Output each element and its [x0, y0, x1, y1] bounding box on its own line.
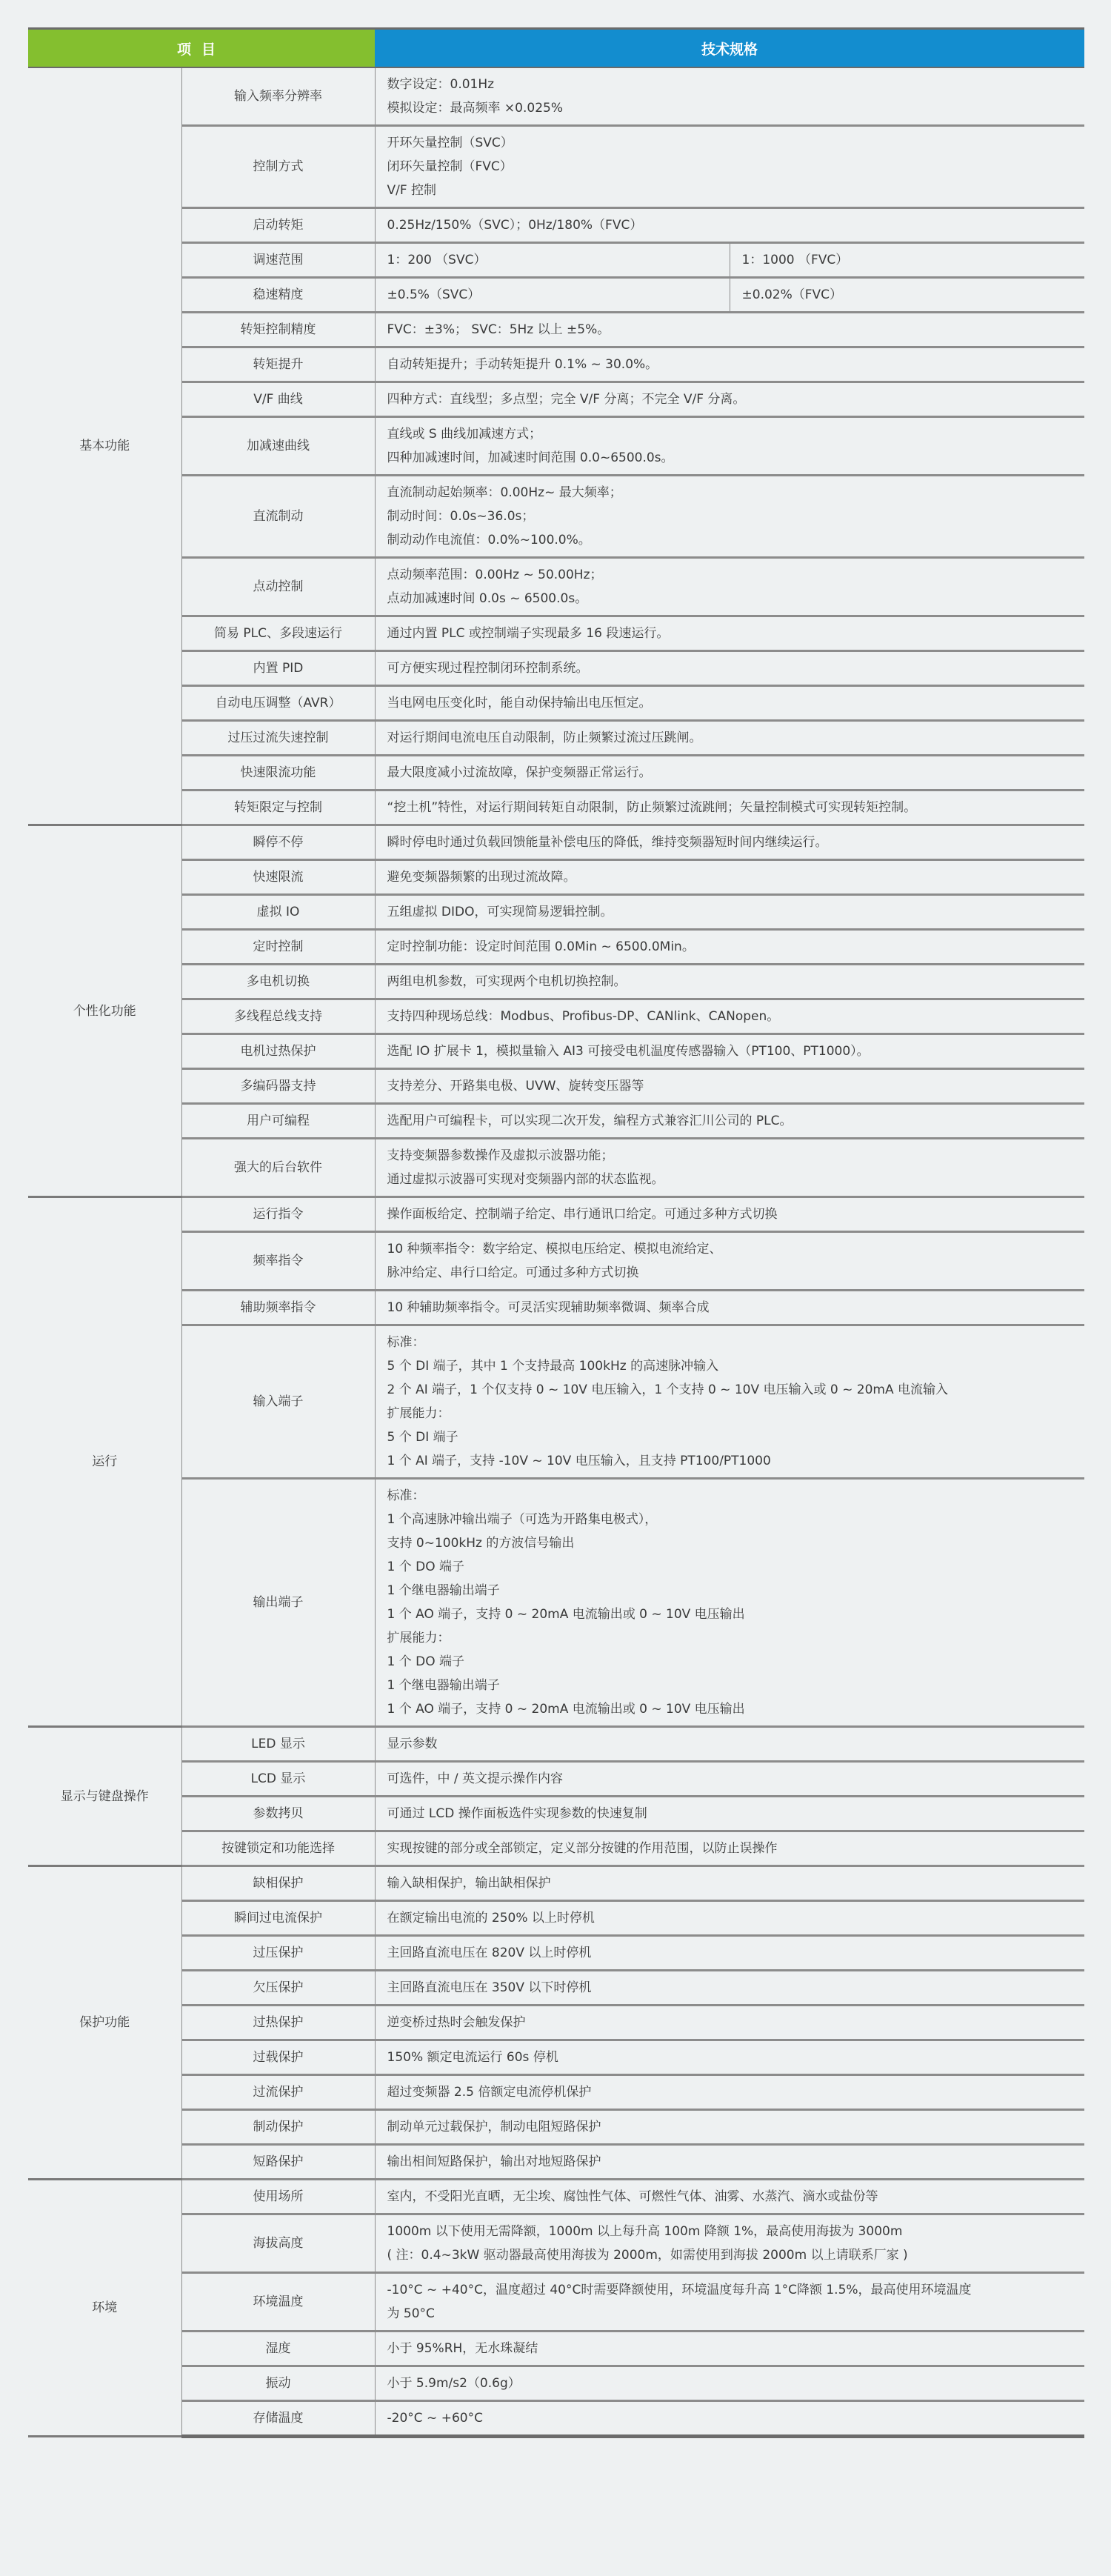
- spec-value: 超过变频器 2.5 倍额定电流停机保护: [375, 2075, 1084, 2110]
- spec-value: 最大限度减小过流故障，保护变频器正常运行。: [375, 756, 1084, 791]
- spec-line: 数字设定：0.01Hz: [387, 73, 1073, 96]
- spec-value: 通过内置 PLC 或控制端子实现最多 16 段速运行。: [375, 616, 1084, 651]
- spec-line: -10°C ~ +40°C，温度超过 40°C时需要降额使用，环境温度每升高 1…: [387, 2278, 1073, 2302]
- spec-value: 选配用户可编程卡，可以实现二次开发，编程方式兼容汇川公司的 PLC。: [375, 1104, 1084, 1139]
- spec-line: 实现按键的部分或全部锁定，定义部分按键的作用范围，以防止误操作: [387, 1837, 1073, 1860]
- spec-line: 自动转矩提升；手动转矩提升 0.1% ~ 30.0%。: [387, 353, 1073, 376]
- spec-line: 150% 额定电流运行 60s 停机: [387, 2046, 1073, 2069]
- spec-line: FVC：±3%； SVC：5Hz 以上 ±5%。: [387, 318, 1073, 342]
- spec-line: 5 个 DI 端子: [387, 1425, 1073, 1449]
- spec-value: 操作面板给定、控制端子给定、串行通讯口给定。可通过多种方式切换: [375, 1197, 1084, 1232]
- item-label: LED 显示: [181, 1727, 375, 1762]
- table-row: 稳速精度±0.5%（SVC）±0.02%（FVC）: [28, 278, 1084, 313]
- spec-value: 定时控制功能：设定时间范围 0.0Min ~ 6500.0Min。: [375, 930, 1084, 965]
- table-row: 过热保护逆变桥过热时会触发保护: [28, 2006, 1084, 2040]
- spec-value: 小于 95%RH，无水珠凝结: [375, 2332, 1084, 2366]
- spec-line: 操作面板给定、控制端子给定、串行通讯口给定。可通过多种方式切换: [387, 1202, 1073, 1226]
- spec-line: 10 种频率指令：数字给定、模拟电压给定、模拟电流给定、: [387, 1237, 1073, 1261]
- table-row: 多电机切换两组电机参数，可实现两个电机切换控制。: [28, 965, 1084, 999]
- category-basic-functions: 基本功能: [28, 67, 181, 825]
- spec-value: 主回路直流电压在 350V 以下时停机: [375, 1971, 1084, 2006]
- spec-line: 四种加减速时间，加减速时间范围 0.0~6500.0s。: [387, 446, 1073, 470]
- spec-value: 150% 额定电流运行 60s 停机: [375, 2040, 1084, 2075]
- item-label: 直流制动: [181, 476, 375, 558]
- spec-value: 直流制动起始频率：0.00Hz~ 最大频率；制动时间：0.0s~36.0s；制动…: [375, 476, 1084, 558]
- item-label: 转矩限定与控制: [181, 791, 375, 825]
- table-row: 保护功能缺相保护输入缺相保护，输出缺相保护: [28, 1866, 1084, 1901]
- table-row: 控制方式开环矢量控制（SVC）闭环矢量控制（FVC）V/F 控制: [28, 126, 1084, 208]
- spec-value: 自动转矩提升；手动转矩提升 0.1% ~ 30.0%。: [375, 347, 1084, 382]
- spec-line: 直流制动起始频率：0.00Hz~ 最大频率；: [387, 481, 1073, 505]
- spec-line: 直线或 S 曲线加减速方式；: [387, 422, 1073, 446]
- spec-value: -20°C ~ +60°C: [375, 2401, 1084, 2437]
- spec-value: 输入缺相保护，输出缺相保护: [375, 1866, 1084, 1901]
- table-row: 运行运行指令操作面板给定、控制端子给定、串行通讯口给定。可通过多种方式切换: [28, 1197, 1084, 1232]
- spec-line: 室内，不受阳光直晒，无尘埃、腐蚀性气体、可燃性气体、油雾、水蒸汽、滴水或盐份等: [387, 2185, 1073, 2209]
- item-label: 多编码器支持: [181, 1069, 375, 1104]
- table-row: V/F 曲线四种方式：直线型；多点型；完全 V/F 分离；不完全 V/F 分离。: [28, 382, 1084, 417]
- spec-value: 制动单元过载保护，制动电阻短路保护: [375, 2110, 1084, 2145]
- category-protection: 保护功能: [28, 1866, 181, 2180]
- spec-line: 四种方式：直线型；多点型；完全 V/F 分离；不完全 V/F 分离。: [387, 387, 1073, 411]
- spec-line: 1 个 AI 端子，支持 -10V ~ 10V 电压输入，且支持 PT100/P…: [387, 1449, 1073, 1473]
- spec-value: 可通过 LCD 操作面板选件实现参数的快速复制: [375, 1797, 1084, 1831]
- item-label: 过压保护: [181, 1936, 375, 1971]
- table-row: 虚拟 IO五组虚拟 DIDO，可实现简易逻辑控制。: [28, 895, 1084, 930]
- spec-value: 逆变桥过热时会触发保护: [375, 2006, 1084, 2040]
- spec-line: 支持变频器参数操作及虚拟示波器功能；: [387, 1144, 1073, 1168]
- table-header-row: 项目 技术规格: [28, 29, 1084, 68]
- table-row: 基本功能输入频率分辨率数字设定：0.01Hz模拟设定：最高频率 ×0.025%: [28, 67, 1084, 126]
- table-row: 欠压保护主回路直流电压在 350V 以下时停机: [28, 1971, 1084, 2006]
- table-row: 强大的后台软件支持变频器参数操作及虚拟示波器功能；通过虚拟示波器可实现对变频器内…: [28, 1139, 1084, 1197]
- item-label: 制动保护: [181, 2110, 375, 2145]
- table-row: 转矩控制精度FVC：±3%； SVC：5Hz 以上 ±5%。: [28, 313, 1084, 347]
- spec-line: 制动单元过载保护，制动电阻短路保护: [387, 2115, 1073, 2139]
- spec-value: 实现按键的部分或全部锁定，定义部分按键的作用范围，以防止误操作: [375, 1831, 1084, 1866]
- item-label: 环境温度: [181, 2273, 375, 2332]
- table-row: LCD 显示可选件，中 / 英文提示操作内容: [28, 1762, 1084, 1797]
- spec-line: 0.25Hz/150%（SVC）；0Hz/180%（FVC）: [387, 213, 1073, 237]
- item-label: 海拔高度: [181, 2214, 375, 2273]
- spec-value: 五组虚拟 DIDO，可实现简易逻辑控制。: [375, 895, 1084, 930]
- spec-line: 扩展能力：: [387, 1626, 1073, 1650]
- spec-value-svc: ±0.5%（SVC）: [375, 278, 730, 313]
- table-row: 存储温度-20°C ~ +60°C: [28, 2401, 1084, 2437]
- spec-line: 可方便实现过程控制闭环控制系统。: [387, 656, 1073, 680]
- spec-table-body: 基本功能输入频率分辨率数字设定：0.01Hz模拟设定：最高频率 ×0.025%控…: [28, 67, 1084, 2437]
- spec-line: 2 个 AI 端子，1 个仅支持 0 ~ 10V 电压输入，1 个支持 0 ~ …: [387, 1378, 1073, 1402]
- spec-value: 选配 IO 扩展卡 1，模拟量输入 AI3 可接受电机温度传感器输入（PT100…: [375, 1034, 1084, 1069]
- spec-value: 支持四种现场总线：Modbus、Profibus-DP、CANlink、CANo…: [375, 999, 1084, 1034]
- table-row: 振动小于 5.9m/s2（0.6g）: [28, 2366, 1084, 2401]
- spec-value: 支持差分、开路集电极、UVW、旋转变压器等: [375, 1069, 1084, 1104]
- spec-line: 1 个 AO 端子，支持 0 ~ 20mA 电流输出或 0 ~ 10V 电压输出: [387, 1697, 1073, 1721]
- spec-value: “挖土机”特性，对运行期间转矩自动限制，防止频繁过流跳闸；矢量控制模式可实现转矩…: [375, 791, 1084, 825]
- spec-value: 避免变频器频繁的出现过流故障。: [375, 860, 1084, 895]
- spec-line: 可选件，中 / 英文提示操作内容: [387, 1767, 1073, 1791]
- spec-value-fvc: 1：1000 （FVC）: [730, 243, 1084, 278]
- item-label: 控制方式: [181, 126, 375, 208]
- spec-value: 室内，不受阳光直晒，无尘埃、腐蚀性气体、可燃性气体、油雾、水蒸汽、滴水或盐份等: [375, 2180, 1084, 2214]
- table-row: 直流制动直流制动起始频率：0.00Hz~ 最大频率；制动时间：0.0s~36.0…: [28, 476, 1084, 558]
- item-label: 点动控制: [181, 558, 375, 616]
- header-item: 项目: [28, 29, 375, 68]
- item-label: 输入端子: [181, 1325, 375, 1479]
- spec-line: 可通过 LCD 操作面板选件实现参数的快速复制: [387, 1802, 1073, 1826]
- spec-value: 可选件，中 / 英文提示操作内容: [375, 1762, 1084, 1797]
- spec-value: 数字设定：0.01Hz模拟设定：最高频率 ×0.025%: [375, 67, 1084, 126]
- spec-line: 主回路直流电压在 820V 以上时停机: [387, 1941, 1073, 1965]
- item-label: 参数拷贝: [181, 1797, 375, 1831]
- spec-line: 主回路直流电压在 350V 以下时停机: [387, 1976, 1073, 2000]
- table-row: 多编码器支持支持差分、开路集电极、UVW、旋转变压器等: [28, 1069, 1084, 1104]
- spec-table: 项目 技术规格 基本功能输入频率分辨率数字设定：0.01Hz模拟设定：最高频率 …: [28, 27, 1084, 2438]
- item-label: 欠压保护: [181, 1971, 375, 2006]
- table-row: 过压保护主回路直流电压在 820V 以上时停机: [28, 1936, 1084, 1971]
- spec-line: ( 注：0.4~3kW 驱动器最高使用海拔为 2000m，如需使用到海拔 200…: [387, 2243, 1073, 2267]
- item-label: LCD 显示: [181, 1762, 375, 1797]
- category-operation: 运行: [28, 1197, 181, 1727]
- spec-line: 1 个 AO 端子，支持 0 ~ 20mA 电流输出或 0 ~ 10V 电压输出: [387, 1602, 1073, 1626]
- table-row: 启动转矩0.25Hz/150%（SVC）；0Hz/180%（FVC）: [28, 208, 1084, 243]
- table-row: 点动控制点动频率范围：0.00Hz ~ 50.00Hz；点动加减速时间 0.0s…: [28, 558, 1084, 616]
- spec-value: 输出相间短路保护，输出对地短路保护: [375, 2145, 1084, 2180]
- table-row: 个性化功能瞬停不停瞬时停电时通过负载回馈能量补偿电压的降低，维持变频器短时间内继…: [28, 825, 1084, 860]
- spec-line: 1 个 DO 端子: [387, 1650, 1073, 1674]
- spec-line: 10 种辅助频率指令。可灵活实现辅助频率微调、频率合成: [387, 1296, 1073, 1319]
- item-label: 转矩提升: [181, 347, 375, 382]
- spec-line: 1 个高速脉冲输出端子（可选为开路集电极式），: [387, 1508, 1073, 1531]
- table-row: 环境使用场所室内，不受阳光直晒，无尘埃、腐蚀性气体、可燃性气体、油雾、水蒸汽、滴…: [28, 2180, 1084, 2214]
- spec-line: 最大限度减小过流故障，保护变频器正常运行。: [387, 761, 1073, 785]
- spec-value: 点动频率范围：0.00Hz ~ 50.00Hz；点动加减速时间 0.0s ~ 6…: [375, 558, 1084, 616]
- item-label: 缺相保护: [181, 1866, 375, 1901]
- spec-line: 模拟设定：最高频率 ×0.025%: [387, 96, 1073, 120]
- spec-line: 输出相间短路保护，输出对地短路保护: [387, 2150, 1073, 2174]
- spec-value: 直线或 S 曲线加减速方式；四种加减速时间，加减速时间范围 0.0~6500.0…: [375, 417, 1084, 476]
- spec-line: 制动时间：0.0s~36.0s；: [387, 505, 1073, 528]
- item-label: 存储温度: [181, 2401, 375, 2437]
- spec-line: 点动频率范围：0.00Hz ~ 50.00Hz；: [387, 563, 1073, 587]
- table-row: 输出端子标准：1 个高速脉冲输出端子（可选为开路集电极式），支持 0~100kH…: [28, 1479, 1084, 1727]
- item-label: 定时控制: [181, 930, 375, 965]
- category-environment: 环境: [28, 2180, 181, 2437]
- spec-line: 标准：: [387, 1331, 1073, 1354]
- item-label: 振动: [181, 2366, 375, 2401]
- spec-value: 可方便实现过程控制闭环控制系统。: [375, 651, 1084, 686]
- spec-value: 标准：5 个 DI 端子，其中 1 个支持最高 100kHz 的高速脉冲输入2 …: [375, 1325, 1084, 1479]
- table-row: 湿度小于 95%RH，无水珠凝结: [28, 2332, 1084, 2366]
- header-spec: 技术规格: [375, 29, 1084, 68]
- spec-value: 10 种频率指令：数字给定、模拟电压给定、模拟电流给定、脉冲给定、串行口给定。可…: [375, 1232, 1084, 1291]
- item-label: 频率指令: [181, 1232, 375, 1291]
- spec-line: 对运行期间电流电压自动限制，防止频繁过流过压跳闸。: [387, 726, 1073, 750]
- item-label: 输出端子: [181, 1479, 375, 1727]
- item-label: 调速范围: [181, 243, 375, 278]
- spec-line: 扩展能力：: [387, 1402, 1073, 1425]
- spec-line: 制动动作电流值：0.0%~100.0%。: [387, 528, 1073, 552]
- item-label: 自动电压调整（AVR）: [181, 686, 375, 721]
- spec-value: 两组电机参数，可实现两个电机切换控制。: [375, 965, 1084, 999]
- spec-value: 当电网电压变化时，能自动保持输出电压恒定。: [375, 686, 1084, 721]
- spec-value: 在额定输出电流的 250% 以上时停机: [375, 1901, 1084, 1936]
- spec-value-fvc: ±0.02%（FVC）: [730, 278, 1084, 313]
- table-row: 内置 PID可方便实现过程控制闭环控制系统。: [28, 651, 1084, 686]
- spec-value: 开环矢量控制（SVC）闭环矢量控制（FVC）V/F 控制: [375, 126, 1084, 208]
- spec-line: 脉冲给定、串行口给定。可通过多种方式切换: [387, 1261, 1073, 1285]
- table-row: 按键锁定和功能选择实现按键的部分或全部锁定，定义部分按键的作用范围，以防止误操作: [28, 1831, 1084, 1866]
- table-row: 转矩提升自动转矩提升；手动转矩提升 0.1% ~ 30.0%。: [28, 347, 1084, 382]
- spec-value-svc: 1：200 （SVC）: [375, 243, 730, 278]
- spec-line: 1 个继电器输出端子: [387, 1579, 1073, 1602]
- item-label: 过热保护: [181, 2006, 375, 2040]
- spec-line: 超过变频器 2.5 倍额定电流停机保护: [387, 2080, 1073, 2104]
- spec-line: 支持 0~100kHz 的方波信号输出: [387, 1531, 1073, 1555]
- item-label: 简易 PLC、多段速运行: [181, 616, 375, 651]
- item-label: 使用场所: [181, 2180, 375, 2214]
- spec-value: 小于 5.9m/s2（0.6g）: [375, 2366, 1084, 2401]
- spec-line: 标准：: [387, 1484, 1073, 1508]
- table-row: 调速范围1：200 （SVC）1：1000 （FVC）: [28, 243, 1084, 278]
- table-row: 过载保护150% 额定电流运行 60s 停机: [28, 2040, 1084, 2075]
- category-personalized-functions: 个性化功能: [28, 825, 181, 1197]
- table-row: 快速限流避免变频器频繁的出现过流故障。: [28, 860, 1084, 895]
- spec-line: 显示参数: [387, 1732, 1073, 1756]
- spec-line: 两组电机参数，可实现两个电机切换控制。: [387, 970, 1073, 994]
- item-label: 过流保护: [181, 2075, 375, 2110]
- category-display-keypad: 显示与键盘操作: [28, 1727, 181, 1866]
- spec-line: 为 50°C: [387, 2302, 1073, 2326]
- spec-line: 支持差分、开路集电极、UVW、旋转变压器等: [387, 1074, 1073, 1098]
- spec-line: 支持四种现场总线：Modbus、Profibus-DP、CANlink、CANo…: [387, 1005, 1073, 1028]
- spec-line: “挖土机”特性，对运行期间转矩自动限制，防止频繁过流跳闸；矢量控制模式可实现转矩…: [387, 796, 1073, 819]
- item-label: 电机过热保护: [181, 1034, 375, 1069]
- spec-line: 选配用户可编程卡，可以实现二次开发，编程方式兼容汇川公司的 PLC。: [387, 1109, 1073, 1133]
- item-label: 快速限流功能: [181, 756, 375, 791]
- item-label: 稳速精度: [181, 278, 375, 313]
- spec-value: 支持变频器参数操作及虚拟示波器功能；通过虚拟示波器可实现对变频器内部的状态监视。: [375, 1139, 1084, 1197]
- spec-line: 当电网电压变化时，能自动保持输出电压恒定。: [387, 691, 1073, 715]
- item-label: 湿度: [181, 2332, 375, 2366]
- spec-line: 选配 IO 扩展卡 1，模拟量输入 AI3 可接受电机温度传感器输入（PT100…: [387, 1039, 1073, 1063]
- table-row: 瞬间过电流保护在额定输出电流的 250% 以上时停机: [28, 1901, 1084, 1936]
- spec-line: -20°C ~ +60°C: [387, 2406, 1073, 2430]
- table-row: 短路保护输出相间短路保护，输出对地短路保护: [28, 2145, 1084, 2180]
- item-label: 按键锁定和功能选择: [181, 1831, 375, 1866]
- spec-value: FVC：±3%； SVC：5Hz 以上 ±5%。: [375, 313, 1084, 347]
- item-label: 输入频率分辨率: [181, 67, 375, 126]
- spec-line: 通过内置 PLC 或控制端子实现最多 16 段速运行。: [387, 622, 1073, 645]
- spec-line: 1 个 DO 端子: [387, 1555, 1073, 1579]
- spec-line: 避免变频器频繁的出现过流故障。: [387, 865, 1073, 889]
- spec-line: 小于 5.9m/s2（0.6g）: [387, 2372, 1073, 2395]
- table-row: 自动电压调整（AVR）当电网电压变化时，能自动保持输出电压恒定。: [28, 686, 1084, 721]
- table-row: 用户可编程选配用户可编程卡，可以实现二次开发，编程方式兼容汇川公司的 PLC。: [28, 1104, 1084, 1139]
- table-row: 加减速曲线直线或 S 曲线加减速方式；四种加减速时间，加减速时间范围 0.0~6…: [28, 417, 1084, 476]
- item-label: 过载保护: [181, 2040, 375, 2075]
- table-row: 转矩限定与控制“挖土机”特性，对运行期间转矩自动限制，防止频繁过流跳闸；矢量控制…: [28, 791, 1084, 825]
- item-label: 短路保护: [181, 2145, 375, 2180]
- item-label: 内置 PID: [181, 651, 375, 686]
- table-row: 参数拷贝可通过 LCD 操作面板选件实现参数的快速复制: [28, 1797, 1084, 1831]
- spec-line: 开环矢量控制（SVC）: [387, 131, 1073, 155]
- item-label: 启动转矩: [181, 208, 375, 243]
- spec-line: 1 个继电器输出端子: [387, 1674, 1073, 1697]
- table-row: 环境温度-10°C ~ +40°C，温度超过 40°C时需要降额使用，环境温度每…: [28, 2273, 1084, 2332]
- table-row: 过流保护超过变频器 2.5 倍额定电流停机保护: [28, 2075, 1084, 2110]
- spec-line: V/F 控制: [387, 179, 1073, 202]
- item-label: 加减速曲线: [181, 417, 375, 476]
- table-row: 频率指令10 种频率指令：数字给定、模拟电压给定、模拟电流给定、脉冲给定、串行口…: [28, 1232, 1084, 1291]
- spec-value: 显示参数: [375, 1727, 1084, 1762]
- table-row: 多线程总线支持支持四种现场总线：Modbus、Profibus-DP、CANli…: [28, 999, 1084, 1034]
- spec-line: 小于 95%RH，无水珠凝结: [387, 2337, 1073, 2360]
- table-row: 过压过流失速控制对运行期间电流电压自动限制，防止频繁过流过压跳闸。: [28, 721, 1084, 756]
- spec-value: 标准：1 个高速脉冲输出端子（可选为开路集电极式），支持 0~100kHz 的方…: [375, 1479, 1084, 1727]
- item-label: 多电机切换: [181, 965, 375, 999]
- table-row: 输入端子标准：5 个 DI 端子，其中 1 个支持最高 100kHz 的高速脉冲…: [28, 1325, 1084, 1479]
- table-row: 简易 PLC、多段速运行通过内置 PLC 或控制端子实现最多 16 段速运行。: [28, 616, 1084, 651]
- table-row: 定时控制定时控制功能：设定时间范围 0.0Min ~ 6500.0Min。: [28, 930, 1084, 965]
- item-label: V/F 曲线: [181, 382, 375, 417]
- spec-value: 瞬时停电时通过负载回馈能量补偿电压的降低，维持变频器短时间内继续运行。: [375, 825, 1084, 860]
- spec-value: -10°C ~ +40°C，温度超过 40°C时需要降额使用，环境温度每升高 1…: [375, 2273, 1084, 2332]
- table-row: 电机过热保护选配 IO 扩展卡 1，模拟量输入 AI3 可接受电机温度传感器输入…: [28, 1034, 1084, 1069]
- item-label: 强大的后台软件: [181, 1139, 375, 1197]
- item-label: 瞬间过电流保护: [181, 1901, 375, 1936]
- spec-line: 定时控制功能：设定时间范围 0.0Min ~ 6500.0Min。: [387, 935, 1073, 959]
- spec-value: 对运行期间电流电压自动限制，防止频繁过流过压跳闸。: [375, 721, 1084, 756]
- table-row: 辅助频率指令10 种辅助频率指令。可灵活实现辅助频率微调、频率合成: [28, 1291, 1084, 1325]
- spec-line: 输入缺相保护，输出缺相保护: [387, 1871, 1073, 1895]
- item-label: 过压过流失速控制: [181, 721, 375, 756]
- spec-value: 0.25Hz/150%（SVC）；0Hz/180%（FVC）: [375, 208, 1084, 243]
- spec-value: 主回路直流电压在 820V 以上时停机: [375, 1936, 1084, 1971]
- spec-line: 五组虚拟 DIDO，可实现简易逻辑控制。: [387, 900, 1073, 924]
- table-row: 显示与键盘操作LED 显示显示参数: [28, 1727, 1084, 1762]
- item-label: 快速限流: [181, 860, 375, 895]
- spec-line: 闭环矢量控制（FVC）: [387, 155, 1073, 179]
- spec-line: 5 个 DI 端子，其中 1 个支持最高 100kHz 的高速脉冲输入: [387, 1354, 1073, 1378]
- item-label: 多线程总线支持: [181, 999, 375, 1034]
- spec-line: 瞬时停电时通过负载回馈能量补偿电压的降低，维持变频器短时间内继续运行。: [387, 831, 1073, 854]
- spec-value: 1000m 以下使用无需降额，1000m 以上每升高 100m 降额 1%，最高…: [375, 2214, 1084, 2273]
- spec-line: 逆变桥过热时会触发保护: [387, 2011, 1073, 2034]
- spec-line: 通过虚拟示波器可实现对变频器内部的状态监视。: [387, 1168, 1073, 1191]
- spec-line: 在额定输出电流的 250% 以上时停机: [387, 1906, 1073, 1930]
- table-row: 制动保护制动单元过载保护，制动电阻短路保护: [28, 2110, 1084, 2145]
- item-label: 虚拟 IO: [181, 895, 375, 930]
- item-label: 辅助频率指令: [181, 1291, 375, 1325]
- item-label: 转矩控制精度: [181, 313, 375, 347]
- item-label: 运行指令: [181, 1197, 375, 1232]
- item-label: 用户可编程: [181, 1104, 375, 1139]
- table-row: 快速限流功能最大限度减小过流故障，保护变频器正常运行。: [28, 756, 1084, 791]
- spec-value: 四种方式：直线型；多点型；完全 V/F 分离；不完全 V/F 分离。: [375, 382, 1084, 417]
- spec-line: 点动加减速时间 0.0s ~ 6500.0s。: [387, 587, 1073, 610]
- item-label: 瞬停不停: [181, 825, 375, 860]
- spec-value: 10 种辅助频率指令。可灵活实现辅助频率微调、频率合成: [375, 1291, 1084, 1325]
- table-row: 海拔高度1000m 以下使用无需降额，1000m 以上每升高 100m 降额 1…: [28, 2214, 1084, 2273]
- spec-line: 1000m 以下使用无需降额，1000m 以上每升高 100m 降额 1%，最高…: [387, 2220, 1073, 2243]
